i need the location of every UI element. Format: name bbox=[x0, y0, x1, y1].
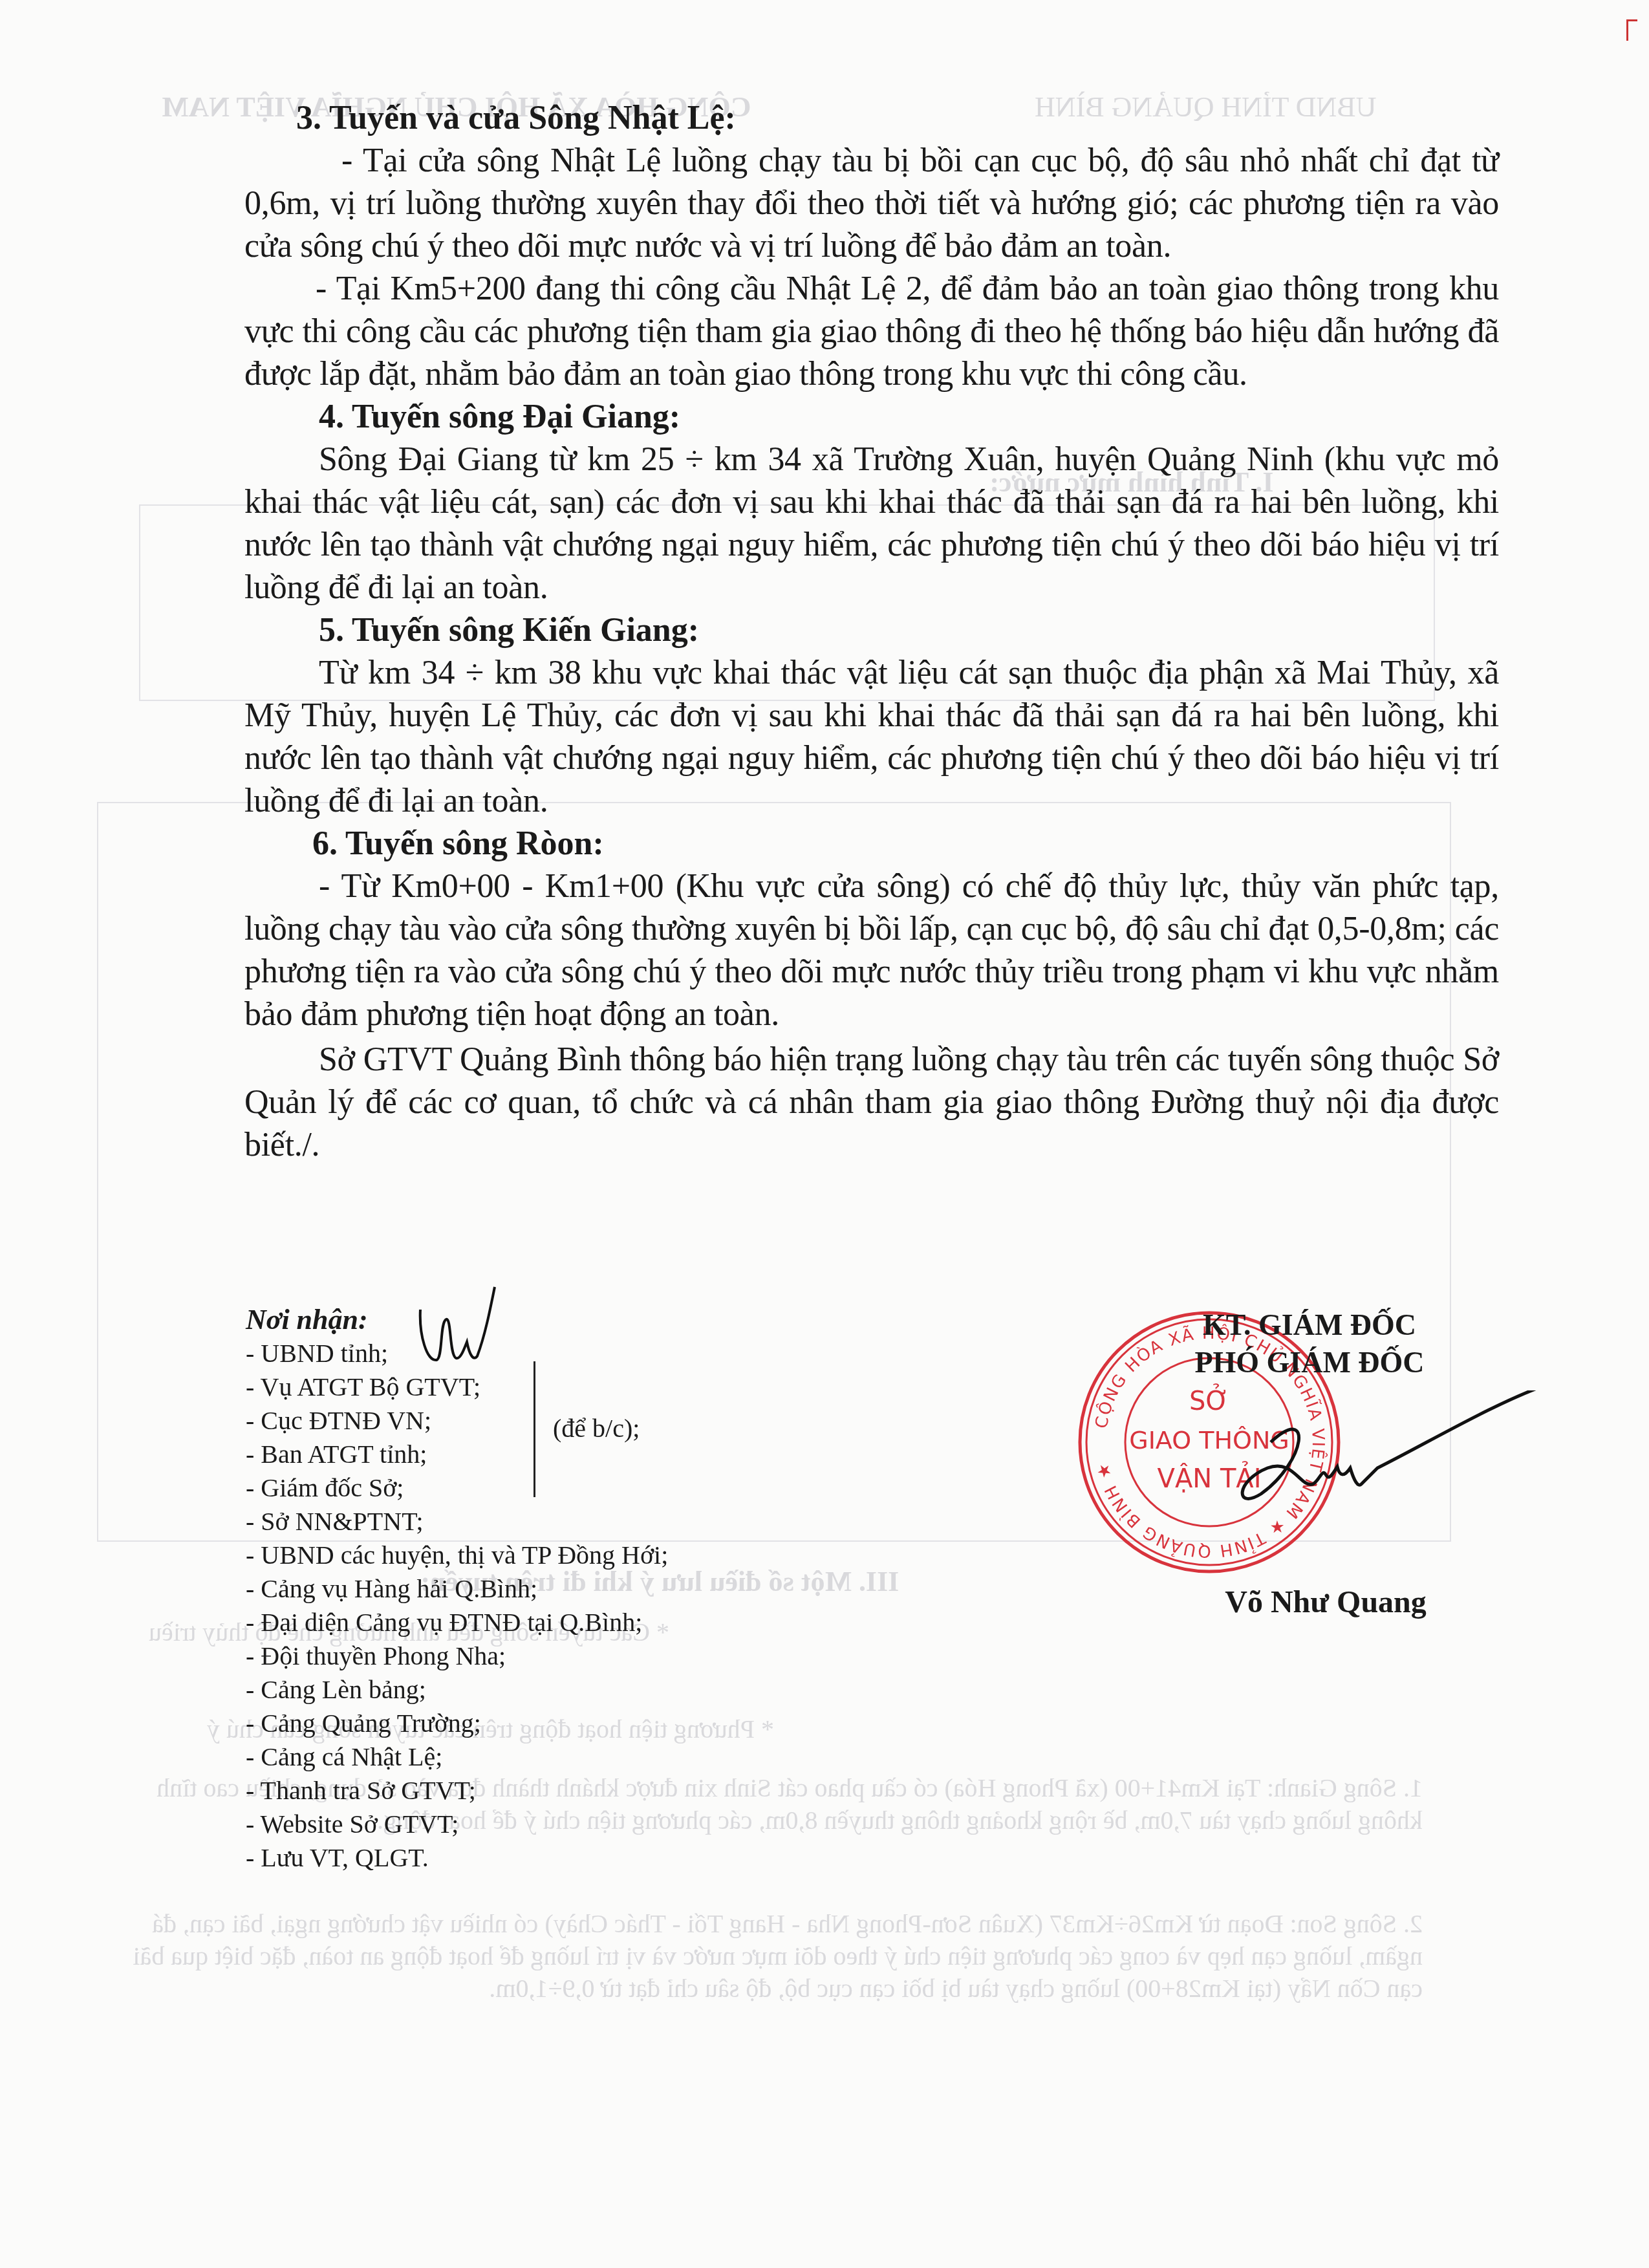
recipient-item: - Đại diện Cảng vụ ĐTNĐ tại Q.Bình; bbox=[246, 1606, 828, 1639]
section-4-paragraph: Sông Đại Giang từ km 25 ÷ km 34 xã Trườn… bbox=[244, 438, 1499, 609]
recipient-item: - Đội thuyền Phong Nha; bbox=[246, 1639, 828, 1673]
recipient-item: - Sở NN&PTNT; bbox=[246, 1505, 828, 1539]
recipient-item: - Giám đốc Sở; bbox=[246, 1471, 828, 1505]
section-heading-3: 3. Tuyến và cửa Sông Nhật Lệ: bbox=[244, 97, 1499, 140]
section-3-paragraph-1: - Tại cửa sông Nhật Lệ luồng chạy tàu bị… bbox=[244, 140, 1499, 268]
signatory-line-1: KT. GIÁM ĐỐC bbox=[1158, 1306, 1461, 1344]
recipient-items: - UBND tỉnh;- Vụ ATGT Bộ GTVT;- Cục ĐTNĐ… bbox=[246, 1337, 828, 1875]
document-body: 3. Tuyến và cửa Sông Nhật Lệ: - Tại cửa … bbox=[244, 97, 1499, 1167]
recipient-item: - UBND tỉnh; bbox=[246, 1337, 828, 1370]
recipient-item: - Website Sở GTVT; bbox=[246, 1808, 828, 1841]
section-heading-4: 4. Tuyến sông Đại Giang: bbox=[319, 396, 1499, 438]
recipients-title: Nơi nhận: bbox=[246, 1303, 828, 1337]
handwritten-signature-icon bbox=[1222, 1390, 1558, 1520]
recipient-item: - Cục ĐTNĐ VN; bbox=[246, 1404, 828, 1438]
initial-signature-icon bbox=[414, 1284, 498, 1374]
section-5-paragraph: Từ km 34 ÷ km 38 khu vực khai thác vật l… bbox=[244, 652, 1499, 823]
bleed-line: 2. Sông Son: Đoạn từ Km26÷Km37 (Xuân Sơn… bbox=[129, 1908, 1423, 2005]
section-heading-6: 6. Tuyến sông Ròon: bbox=[312, 823, 1499, 865]
recipient-item: - Lưu VT, QLGT. bbox=[246, 1841, 828, 1875]
signer-name: Võ Như Quang bbox=[1190, 1584, 1461, 1620]
recipient-item: - Cảng Quảng Trường; bbox=[246, 1707, 828, 1740]
recipient-item: - Thanh tra Sở GTVT; bbox=[246, 1774, 828, 1808]
signatory-line-2: PHÓ GIÁM ĐỐC bbox=[1158, 1344, 1461, 1381]
recipients-bracket bbox=[533, 1361, 535, 1497]
report-note: (để b/c); bbox=[553, 1413, 640, 1443]
recipient-item: - UBND các huyện, thị và TP Đồng Hới; bbox=[246, 1539, 828, 1572]
signatory-title: KT. GIÁM ĐỐC PHÓ GIÁM ĐỐC bbox=[1158, 1306, 1461, 1381]
recipient-item: - Cảng cá Nhật Lệ; bbox=[246, 1740, 828, 1774]
recipient-item: - Vụ ATGT Bộ GTVT; bbox=[246, 1370, 828, 1404]
section-3-paragraph-2: - Tại Km5+200 đang thi công cầu Nhật Lệ … bbox=[244, 268, 1499, 396]
recipients-list: Nơi nhận: - UBND tỉnh;- Vụ ATGT Bộ GTVT;… bbox=[246, 1303, 828, 1875]
recipient-item: - Cảng vụ Hàng hải Q.Bình; bbox=[246, 1572, 828, 1606]
section-6-paragraph: - Từ Km0+00 - Km1+00 (Khu vực cửa sông) … bbox=[244, 865, 1499, 1036]
recipient-item: - Ban ATGT tỉnh; bbox=[246, 1438, 828, 1471]
section-heading-5: 5. Tuyến sông Kiến Giang: bbox=[319, 609, 1499, 652]
scan-corner-mark bbox=[1626, 19, 1637, 41]
recipient-item: - Cảng Lèn bảng; bbox=[246, 1673, 828, 1707]
closing-paragraph: Sở GTVT Quảng Bình thông báo hiện trạng … bbox=[244, 1039, 1499, 1167]
